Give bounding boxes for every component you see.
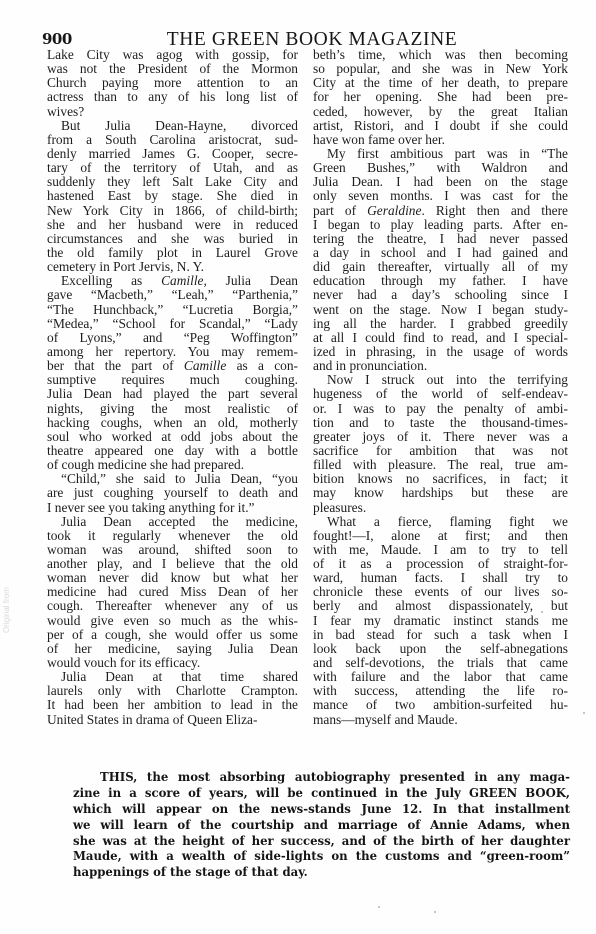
text-line: denly married James G. Cooper, secre-	[47, 147, 298, 161]
print-speck	[378, 906, 380, 908]
text-line: tering the theatre, I had never passed	[313, 232, 568, 246]
text-line: we will learn of the courtship and marri…	[73, 818, 570, 834]
text-line: beth’s time, which was then becoming	[313, 48, 568, 62]
text-line: tion and to taste the thousand-times-	[313, 416, 568, 430]
text-line: Excelling as Camille, Julia Dean	[47, 274, 298, 288]
print-speck	[434, 911, 436, 913]
text-line: suddenly they left Salt Lake City and	[47, 175, 298, 189]
text-line: I never see you taking anything for it.”	[47, 501, 298, 515]
text-line: hugeness of the world of self-endeav-	[313, 387, 568, 401]
text-line: at all I could find to read, and I speci…	[313, 331, 568, 345]
text-line: another play, and I believe that the old	[47, 557, 298, 571]
text-line: cemetery in Port Jervis, N. Y.	[47, 260, 298, 274]
text-line: are just coughing yourself to death and	[47, 486, 298, 500]
text-line: with me, Maude. I am to try to tell	[313, 543, 568, 557]
text-line: soul who worked at odd jobs about the	[47, 430, 298, 444]
text-line: gave “Macbeth,” “Leah,” “Parthenia,”	[47, 288, 298, 302]
text-line: or. I was to pay the penalty of ambi-	[313, 402, 568, 416]
text-line: mance of two ambition-surfeited hu-	[313, 698, 568, 712]
text-line: took it regularly whenever the old	[47, 529, 298, 543]
text-line: zine in a score of years, will be contin…	[73, 786, 570, 802]
text-line: filled with pleasure. The real, true am-	[313, 458, 568, 472]
text-line: City at the time of her death, to prepar…	[313, 76, 568, 90]
text-line: New York City in 1866, of child-birth;	[47, 204, 298, 218]
text-line: she and her husband were in reduced	[47, 218, 298, 232]
text-line: circumstances and she was buried in	[47, 232, 298, 246]
text-line: a day in school and I had gained and	[313, 246, 568, 260]
text-line: of Lyons,” and “Peg Woffington”	[47, 331, 298, 345]
text-line: But Julia Dean-Hayne, divorced	[47, 119, 298, 133]
text-line: did gain thereafter, virtually all of my	[313, 260, 568, 274]
magazine-page: 900 THE GREEN BOOK MAGAZINE Lake City wa…	[0, 0, 596, 934]
text-line: from a South Carolina aristocrat, sud-	[47, 133, 298, 147]
text-line: Green Bushes,” with Waldron and	[313, 161, 568, 175]
text-line: Lake City was agog with gossip, for	[47, 48, 298, 62]
text-line: went on the stage. Now I began study-	[313, 303, 568, 317]
text-line: so popular, and she was in New York	[313, 62, 568, 76]
text-line: would give even so much as the whis-	[47, 614, 298, 628]
text-line: among her repertory. You may remem-	[47, 345, 298, 359]
text-line: fought!—I, alone at first; and then	[313, 529, 568, 543]
text-line: woman never did know but what her	[47, 571, 298, 585]
text-line: pleasures.	[313, 501, 568, 515]
text-line: “Child,” she said to Julia Dean, “you	[47, 472, 298, 486]
text-line: of it as a procession of straight-for-	[313, 557, 568, 571]
text-line: hacking coughs, when an old, motherly	[47, 416, 298, 430]
text-line: never had a day’s schooling since I	[313, 288, 568, 302]
text-line: tary of the territory of Utah, and as	[47, 161, 298, 175]
print-speck	[583, 712, 585, 714]
text-line: Church paying more attention to an	[47, 76, 298, 90]
editor-note: THIS, the most absorbing autobiography p…	[73, 770, 570, 881]
text-line: laurels only with Charlotte Crampton.	[47, 684, 298, 698]
text-line: per of a cough, she would offer us some	[47, 628, 298, 642]
text-line: with success, attending the life ro-	[313, 684, 568, 698]
text-line: sacrifice for ambition that was not	[313, 444, 568, 458]
text-line: “The Hunchback,” “Lucretia Borgia,”	[47, 303, 298, 317]
left-text-column: Lake City was agog with gossip, forwas n…	[47, 48, 298, 727]
page-number: 900	[42, 30, 72, 48]
text-line: actress than to any of his long list of	[47, 90, 298, 104]
text-line: I fear my dramatic instinct stands me	[313, 614, 568, 628]
text-line: chronicle these events of our lives so-	[313, 585, 568, 599]
text-line: medicine had cured Miss Dean of her	[47, 585, 298, 599]
text-line: I began to play leading parts. After en-	[313, 218, 568, 232]
text-line: was not the President of the Mormon	[47, 62, 298, 76]
margin-watermark: Original from	[2, 563, 14, 633]
text-line: and in pronunciation.	[313, 359, 568, 373]
text-line: It had been her ambition to lead in the	[47, 698, 298, 712]
text-line: only seven months. I was cast for the	[313, 189, 568, 203]
text-line: ized in phrasing, in the usage of words	[313, 345, 568, 359]
text-line: and self-devotions, the trials that came	[313, 656, 568, 670]
text-line: Julia Dean. I had been on the stage	[313, 175, 568, 189]
print-speck	[541, 611, 543, 613]
text-line: greater joys of it. There never was a	[313, 430, 568, 444]
text-line: United States in drama of Queen Eliza-	[47, 713, 298, 727]
text-line: of cough medicine she had prepared.	[47, 458, 298, 472]
text-line: she was at the height of her success, an…	[73, 834, 570, 850]
text-line: theatre appeared one day with a bottle	[47, 444, 298, 458]
text-line: woman was around, shifted soon to	[47, 543, 298, 557]
text-line: of her medicine, saying Julia Dean	[47, 642, 298, 656]
text-line: Maude, with a wealth of side-lights on t…	[73, 849, 570, 865]
text-line: part of Geraldine. Right then and there	[313, 204, 568, 218]
text-line: ber that the part of Camille as a con-	[47, 359, 298, 373]
text-line: bition knows no sacrifices, in fact; it	[313, 472, 568, 486]
text-line: for her opening. She had been pre-	[313, 90, 568, 104]
text-line: What a fierce, flaming fight we	[313, 515, 568, 529]
text-line: education through my father. I have	[313, 274, 568, 288]
text-line: happenings of the stage of that day.	[73, 865, 570, 881]
text-line: ceded, however, by the great Italian	[313, 105, 568, 119]
text-line: Julia Dean accepted the medicine,	[47, 515, 298, 529]
text-line: ing all the harder. I grabbed greedily	[313, 317, 568, 331]
text-line: with failure and the labor that came	[313, 670, 568, 684]
text-line: berly and almost dispassionately, but	[313, 599, 568, 613]
right-text-column: beth’s time, which was then becomingso p…	[313, 48, 568, 727]
text-line: “Medea,” “School for Scandal,” “Lady	[47, 317, 298, 331]
text-line: the old family plot in Laurel Grove	[47, 246, 298, 260]
text-line: wives?	[47, 105, 298, 119]
text-line: My first ambitious part was in “The	[313, 147, 568, 161]
text-line: Julia Dean had played the part several	[47, 387, 298, 401]
text-line: mans—myself and Maude.	[313, 713, 568, 727]
text-line: Julia Dean at that time shared	[47, 670, 298, 684]
text-line: ward, human facts. I shall try to	[313, 571, 568, 585]
text-line: would vouch for its efficacy.	[47, 656, 298, 670]
text-line: nights, giving the most realistic of	[47, 402, 298, 416]
text-line: sumptive requires much coughing.	[47, 373, 298, 387]
text-line: artist, Ristori, and I doubt if she coul…	[313, 119, 568, 133]
text-line: look back upon the self-abnegations	[313, 642, 568, 656]
text-line: Now I struck out into the terrifying	[313, 373, 568, 387]
text-line: which will appear on the news-stands Jun…	[73, 802, 570, 818]
text-line: hastened East by stage. She died in	[47, 189, 298, 203]
text-line: may know hardships but these are	[313, 486, 568, 500]
text-line: have won fame over her.	[313, 133, 568, 147]
text-line: cough. Thereafter whenever any of us	[47, 599, 298, 613]
text-line: in bad stead for such a task when I	[313, 628, 568, 642]
text-line: THIS, the most absorbing autobiography p…	[73, 770, 570, 786]
